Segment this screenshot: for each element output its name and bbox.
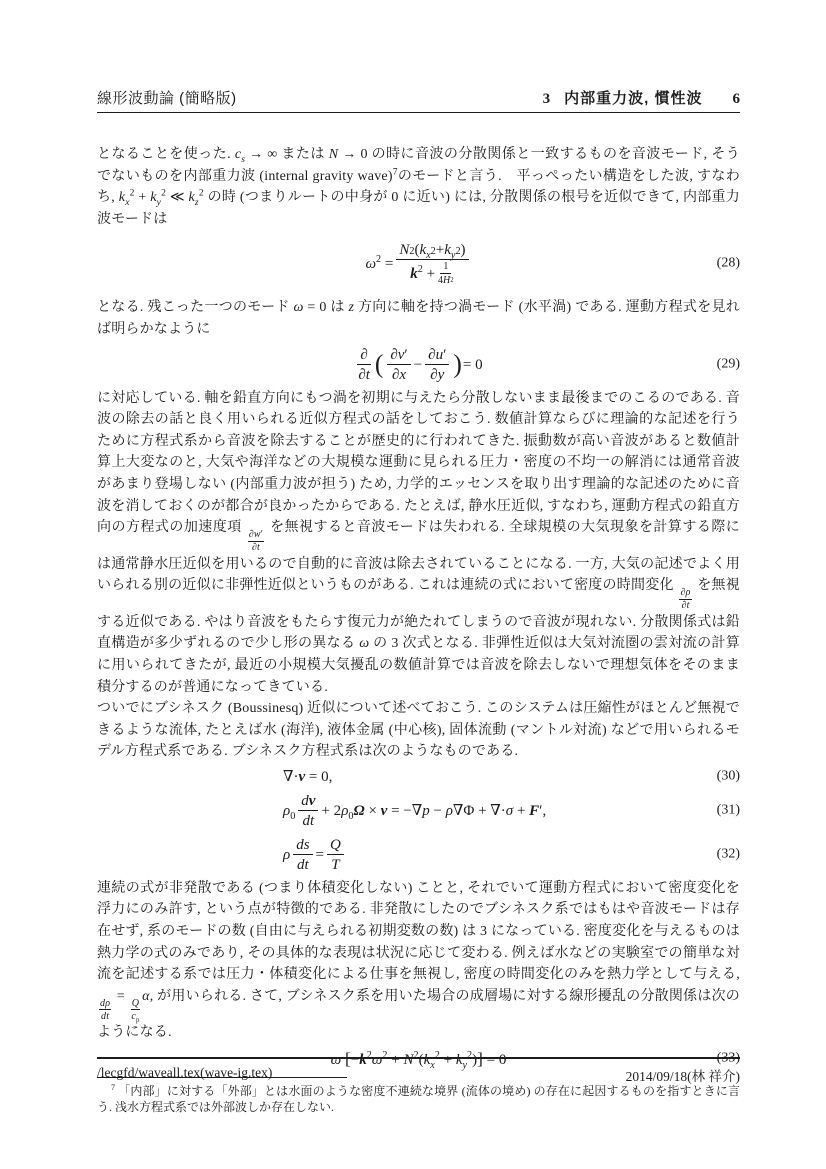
eq28-denominator: k2 + 1 4H2 bbox=[410, 260, 454, 287]
footnote-body: 「内部」に対する「外部」とは水面のような密度不連続な境界 (流体の境め) の存在… bbox=[97, 1084, 740, 1115]
paragraph-4: ついでにブシネスク (Boussinesq) 近似について述べておこう. このシ… bbox=[97, 698, 740, 763]
paragraph-5: 連続の式が非発散である (つまり体積変化しない) ことと, それでいて運動方程式… bbox=[97, 878, 740, 1044]
eq32-dsdt-top: ds bbox=[293, 836, 312, 855]
eq28-fraction: N2(kx2 + ky2) k2 + 1 4H2 bbox=[396, 241, 468, 287]
footer-file-path: /lecgfd/waveall.tex(wave-ig.tex) bbox=[97, 1065, 272, 1085]
header-rule bbox=[97, 112, 740, 113]
eq29-dudy-top: ∂u′ bbox=[425, 346, 449, 365]
eq29-close-paren: ) bbox=[453, 349, 462, 381]
eq32-QT-bottom: T bbox=[331, 855, 339, 874]
eq29-dvdx-top: ∂v′ bbox=[387, 346, 410, 365]
eq32-dsdt-bottom: dt bbox=[297, 855, 309, 874]
boussinesq-equation-block: ∇·v = 0, (30) ρ0 dv dt + 2ρ0Ω × v = −∇p … bbox=[97, 768, 740, 874]
footer-row: /lecgfd/waveall.tex(wave-ig.tex) 2014/09… bbox=[97, 1065, 740, 1085]
paragraph-1: となることを使った. cs → ∞ または N → 0 の時に音波の分散関係と一… bbox=[97, 144, 740, 230]
eq29-dvdx-fraction: ∂v′ ∂x bbox=[387, 346, 410, 384]
header-doc-title: 線形波動論 (簡略版) bbox=[97, 90, 237, 108]
eq29-ddt-bottom: ∂t bbox=[358, 365, 370, 384]
eq31-pre: ρ0 bbox=[283, 802, 295, 820]
paragraph-2: となる. 残こった一つのモード ω = 0 は z 方向に軸を持つ渦モード (水… bbox=[97, 297, 740, 340]
eq31-dvdt-fraction: dv dt bbox=[298, 792, 318, 830]
equation-31: ρ0 dv dt + 2ρ0Ω × v = −∇p − ρ∇Φ + ∇·σ + … bbox=[283, 792, 740, 830]
equation-30: ∇·v = 0, (30) bbox=[283, 768, 740, 786]
page-footer: /lecgfd/waveall.tex(wave-ig.tex) 2014/09… bbox=[97, 1057, 740, 1085]
eq32-equals: = bbox=[316, 846, 324, 864]
header-page-number: 6 bbox=[733, 90, 741, 108]
header-section-number: 3 bbox=[543, 90, 551, 108]
eq28-lhs: ω2 = bbox=[365, 255, 393, 273]
eq29-minus: − bbox=[414, 356, 422, 374]
paragraph-3: に対応している. 軸を鉛直方向にもつ渦を初期に与えたら分散しないまま最後までのこ… bbox=[97, 388, 740, 699]
eq31-dvdt-bottom: dt bbox=[303, 811, 315, 830]
eq28-denominator-main: k2 + bbox=[410, 265, 435, 283]
eq30-body: ∇·v = 0, bbox=[283, 768, 332, 786]
document-page: 線形波動論 (簡略版) 3 内部重力波, 慣性波 6 となることを使った. cs… bbox=[0, 0, 826, 1169]
eq29-ddt-fraction: ∂ ∂t bbox=[357, 346, 370, 384]
eq31-post: + 2ρ0Ω × v = −∇p − ρ∇Φ + ∇·σ + F′, bbox=[321, 802, 546, 820]
footer-rule bbox=[97, 1057, 740, 1059]
header-section: 3 内部重力波, 慣性波 6 bbox=[543, 90, 740, 108]
eq29-number: (29) bbox=[717, 356, 740, 373]
eq28-numerator: N2(kx2 + ky2) bbox=[396, 241, 468, 260]
equation-28: ω2 = N2(kx2 + ky2) k2 + 1 4H2 (28) bbox=[97, 241, 740, 287]
eq28-subfraction-top: 1 bbox=[440, 261, 451, 274]
header-section-title: 内部重力波, 慣性波 bbox=[564, 90, 702, 108]
eq31-number: (31) bbox=[717, 802, 740, 819]
eq28-number: (28) bbox=[717, 256, 740, 273]
eq32-QT-top: Q bbox=[327, 836, 344, 855]
eq29-rhs: = 0 bbox=[463, 356, 483, 374]
equation-32: ρ ds dt = Q T (32) bbox=[283, 836, 740, 874]
eq29-dvdx-bottom: ∂x bbox=[392, 365, 406, 384]
eq28-denominator-subfraction: 1 4H2 bbox=[438, 261, 454, 287]
eq28-subfraction-bottom: 4H2 bbox=[438, 274, 454, 287]
eq32-dsdt-fraction: ds dt bbox=[293, 836, 312, 874]
eq30-number: (30) bbox=[717, 768, 740, 785]
eq29-dudy-bottom: ∂y bbox=[430, 365, 444, 384]
equation-29: ∂ ∂t ( ∂v′ ∂x − ∂u′ ∂y ) = 0 (29) bbox=[97, 346, 740, 384]
eq32-pre: ρ bbox=[283, 846, 290, 864]
eq32-QT-fraction: Q T bbox=[327, 836, 344, 874]
eq32-number: (32) bbox=[717, 846, 740, 863]
eq29-dudy-fraction: ∂u′ ∂y bbox=[425, 346, 449, 384]
eq29-open-paren: ( bbox=[375, 349, 384, 381]
page-header: 線形波動論 (簡略版) 3 内部重力波, 慣性波 6 bbox=[97, 90, 740, 108]
eq29-ddt-top: ∂ bbox=[357, 346, 370, 365]
eq31-dvdt-top: dv bbox=[298, 792, 318, 811]
footnote-text: 7 「内部」に対する「外部」とは水面のような密度不連続な境界 (流体の境め) の… bbox=[97, 1083, 740, 1116]
footer-date-author: 2014/09/18(林 祥介) bbox=[626, 1065, 740, 1085]
